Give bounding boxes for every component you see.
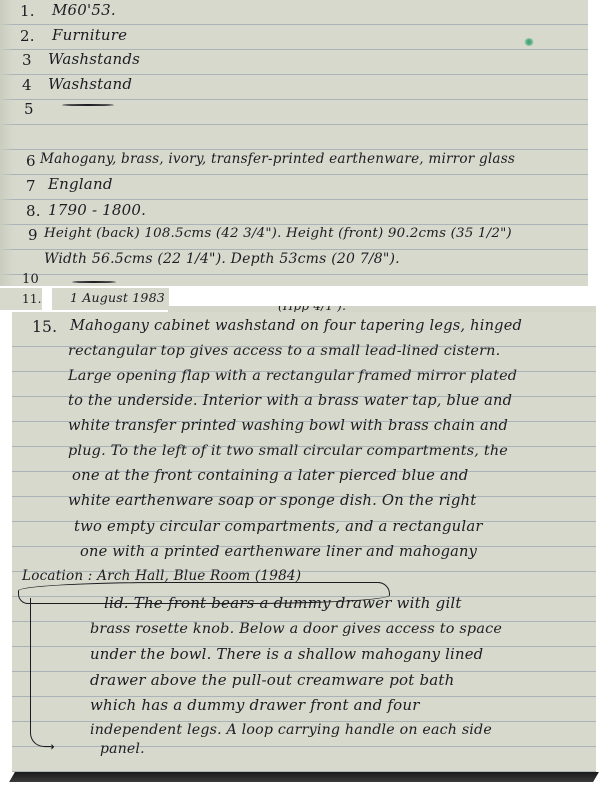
acquisition-date: 1 August 1983 (70, 292, 165, 305)
entry-text: 1790 - 1800. (48, 203, 146, 218)
entry-text: M60'53. (52, 3, 116, 18)
entry-text: Washstand (48, 77, 132, 92)
description-line: brass rosette knob. Below a door gives a… (90, 622, 502, 636)
entry-number: 7 (26, 179, 36, 194)
pasted-strip-date: 1 August 1983 (52, 288, 169, 310)
description-line: independent legs. A loop carrying handle… (90, 723, 492, 737)
arrow-right-icon: ➝ (44, 740, 55, 755)
description-line: plug. To the left of it two small circul… (68, 444, 508, 458)
location-circled-annotation (18, 582, 390, 604)
description-line: Mahogany cabinet washstand on four taper… (70, 319, 522, 334)
entry-text: Washstands (48, 52, 140, 67)
description-line: Large opening flap with a rectangular fr… (68, 369, 517, 383)
entry-text: England (48, 177, 113, 192)
entry-text: Height (back) 108.5cms (42 3/4"). Height… (44, 227, 512, 240)
pasted-strip-number: 11. (0, 288, 42, 310)
green-ink-mark (524, 38, 534, 46)
entry-text: Width 56.5cms (22 1/4"). Depth 53cms (20… (44, 252, 400, 266)
entry-number: 1. (20, 4, 35, 19)
notebook-page-bottom: 15. Mahogany cabinet washstand on four t… (12, 312, 596, 772)
blank-dash (72, 281, 116, 283)
entry-number: 11. (22, 293, 42, 305)
description-line: drawer above the pull-out creamware pot … (90, 673, 455, 688)
entry-number: 2. (20, 29, 35, 44)
notebook-page-top: 1. M60'53. 2. Furniture 3 Washstands 4 W… (0, 0, 588, 286)
entry-number: 5 (24, 102, 34, 117)
description-line: one at the front containing a later pier… (72, 469, 468, 484)
description-line: white transfer printed washing bowl with… (68, 419, 508, 434)
entry-text: Mahogany, brass, ivory, transfer-printed… (40, 153, 515, 167)
description-line: to the underside. Interior with a brass … (68, 394, 512, 409)
description-line: two empty circular compartments, and a r… (74, 520, 483, 535)
entry-number: 6 (26, 154, 36, 169)
entry-number: 10 (22, 273, 39, 286)
description-line: panel. (100, 742, 145, 756)
description-line: rectangular top gives access to a small … (68, 344, 500, 358)
description-line: white earthenware soap or sponge dish. O… (68, 494, 476, 509)
description-line: which has a dummy drawer front and four (90, 698, 420, 713)
description-line: under the bowl. There is a shallow mahog… (90, 648, 483, 663)
entry-number: 8. (26, 204, 41, 219)
entry-number: 9 (28, 228, 38, 243)
entry-number: 15. (32, 320, 57, 336)
entry-number: 4 (22, 78, 32, 93)
blank-dash (62, 104, 114, 106)
entry-number: 3 (22, 53, 32, 68)
description-line: one with a printed earthenware liner and… (80, 545, 477, 560)
entry-text: Furniture (52, 28, 127, 43)
insertion-arrow-line (30, 598, 51, 747)
